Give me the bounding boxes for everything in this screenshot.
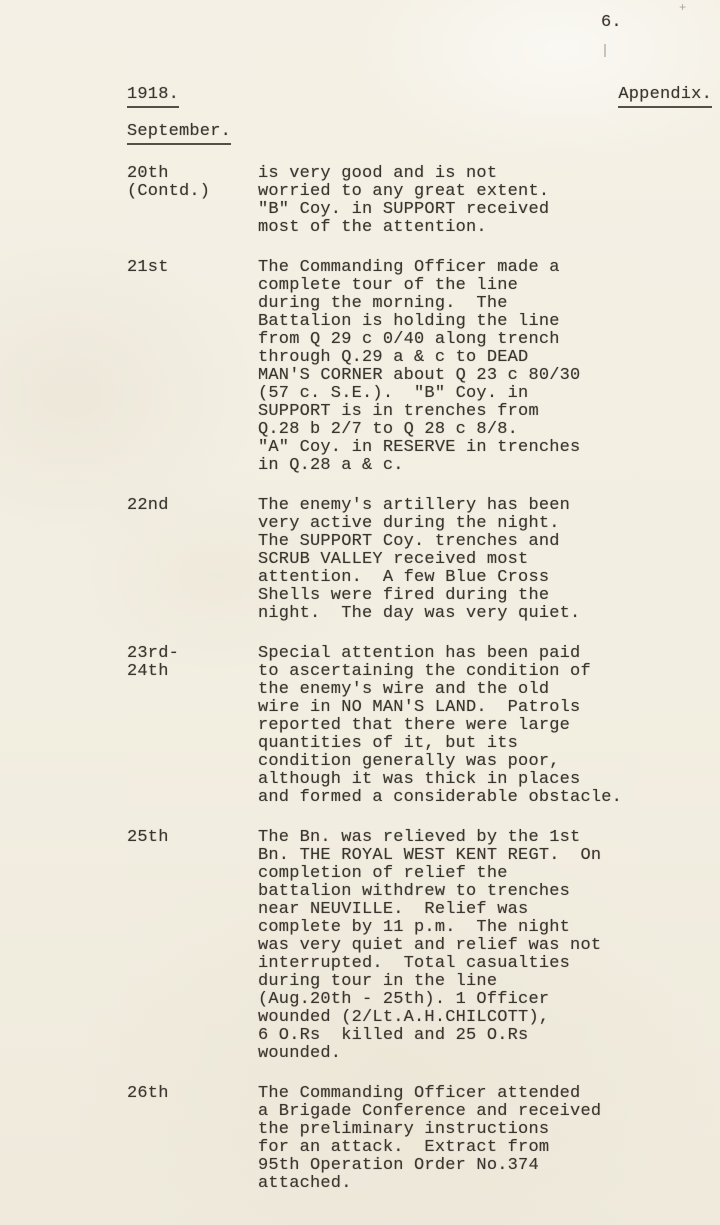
diary-entry: 22nd The enemy's artillery has been very… [127,497,687,623]
stray-ink-mark: + [679,2,686,14]
entry-date: 26th [127,1085,258,1193]
month-heading-wrap: September. [127,122,231,145]
diary-entry: 20th (Contd.) is very good and is not wo… [127,165,687,237]
diary-entry: 26th The Commanding Officer attended a B… [127,1085,687,1193]
diary-entry: 21st The Commanding Officer made a compl… [127,259,687,475]
month-heading: September. [127,123,231,145]
entry-date: 23rd- 24th [127,645,258,807]
stray-ink-smudge [604,44,606,57]
page-number: 6. [601,14,622,32]
entry-date: 22nd [127,497,258,623]
heading-row: 1918. Appendix. [127,86,712,108]
entry-body: The enemy's artillery has been very acti… [258,497,687,623]
entry-body: The Commanding Officer attended a Brigad… [258,1085,687,1193]
entry-body: The Bn. was relieved by the 1st Bn. THE … [258,829,687,1063]
entry-date: 21st [127,259,258,475]
diary-entries: 20th (Contd.) is very good and is not wo… [127,165,687,1215]
entry-date: 25th [127,829,258,1063]
diary-entry: 25th The Bn. was relieved by the 1st Bn.… [127,829,687,1063]
entry-body: The Commanding Officer made a complete t… [258,259,687,475]
appendix-heading: Appendix. [618,86,712,108]
document-page: + 6. 1918. Appendix. September. 20th (Co… [0,0,720,1225]
entry-body: Special attention has been paid to ascer… [258,645,687,807]
entry-body: is very good and is not worried to any g… [258,165,687,237]
entry-date: 20th (Contd.) [127,165,258,237]
year-heading: 1918. [127,86,179,108]
diary-entry: 23rd- 24th Special attention has been pa… [127,645,687,807]
